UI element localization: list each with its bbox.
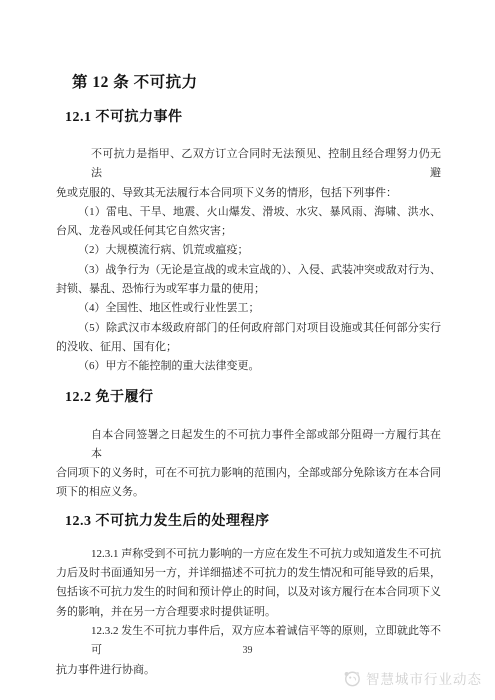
text-line: （6）甲方不能控制的重大法律变更。: [56, 357, 441, 376]
section-heading: 12.2 免于履行: [56, 389, 441, 407]
text-line: 台风、龙卷风或任何其它自然灾害；: [56, 222, 441, 241]
text-line: （3）战争行为（无论是宣战的或未宣战的）、入侵、武装冲突或敌对行为、: [56, 261, 441, 280]
section-heading: 12.3 不可抗力发生后的处理程序: [56, 513, 441, 531]
text-line: 包括该不可抗力发生的时间和预计停止的时间，以及对该方履行在本合同项下义: [56, 583, 441, 602]
text-line: （2）大规模流行病、饥荒或瘟疫；: [56, 241, 441, 260]
text-line: 项下的相应义务。: [56, 483, 441, 502]
text-line: 12.3.1 声称受到不可抗力影响的一方应在发生不可抗力或知道发生不可抗: [56, 545, 441, 564]
watermark: 智慧城市行业动态: [343, 668, 482, 688]
panda-face-logo-icon: [343, 670, 361, 687]
document-body: 第 12 条 不可抗力12.1 不可抗力事件不可抗力是指甲、乙双方订立合同时无法…: [56, 0, 441, 680]
text-line: 合同项下的义务时，可在不可抗力影响的范围内，全部或部分免除该方在本合同: [56, 464, 441, 483]
text-line: （5）除武汉市本级政府部门的任何政府部门对项目设施或其任何部分实行: [56, 319, 441, 338]
text-line: （4）全国性、地区性或行业性罢工；: [56, 299, 441, 318]
watermark-text: 智慧城市行业动态: [366, 668, 482, 688]
text-line: 免或克服的、导致其无法履行本合同项下义务的情形，包括下列事件：: [56, 184, 441, 203]
text-line: 务的影响，并在另一方合理要求时提供证明。: [56, 603, 441, 622]
text-line: 的没收、征用、国有化；: [56, 338, 441, 357]
chapter-heading: 第 12 条 不可抗力: [56, 73, 441, 93]
text-line: 力后及时书面通知另一方，并详细描述不可抗力的发生情况和可能导致的后果，: [56, 564, 441, 583]
section-heading: 12.1 不可抗力事件: [56, 109, 441, 127]
text-line: （1）雷电、干旱、地震、火山爆发、滑坡、水灾、暴风雨、海啸、洪水、: [56, 203, 441, 222]
text-line: 封锁、暴乱、恐怖行为或军事力量的使用；: [56, 280, 441, 299]
page-number: 39: [0, 645, 495, 656]
text-line: 自本合同签署之日起发生的不可抗力事件全部或部分阻碍一方履行其在本: [56, 426, 441, 465]
text-line: 不可抗力是指甲、乙双方订立合同时无法预见、控制且经合理努力仍无法避: [56, 145, 441, 184]
